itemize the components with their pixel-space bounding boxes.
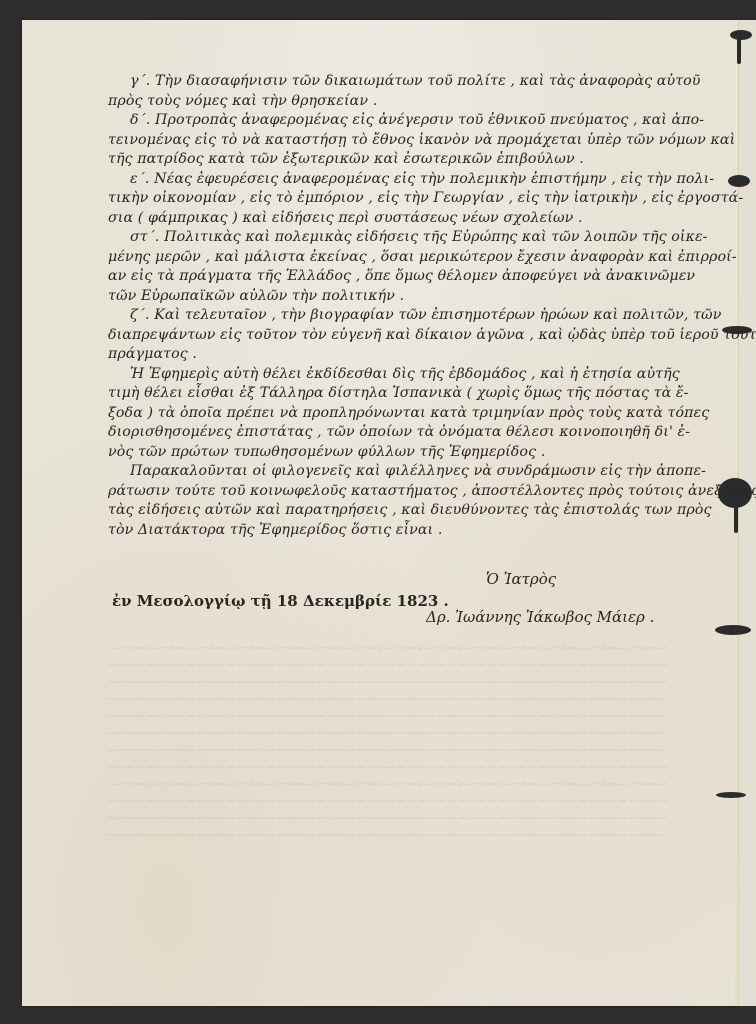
ink-stain [728, 175, 750, 187]
text-line: τεινομένας εἰς τὸ νὰ καταστήσῃ τὸ ἔθνος … [108, 131, 664, 151]
text-line: δ΄. Προτροπὰς ἀναφερομένας εἰς ἀνέγερσιν… [108, 111, 664, 131]
text-line: αν εἰς τὰ πράγματα τῆς Ἑλλάδος , ὅπε ὅμω… [108, 267, 664, 287]
text-line: ξοδα ) τὰ ὁποῖα πρέπει νὰ προπληρόνωνται… [108, 404, 664, 424]
ink-stain [715, 625, 751, 635]
text-line: μένης μερῶν , καὶ μάλιστα ἐκείνας , ὅσαι… [108, 248, 664, 268]
text-line: τικὴν οἰκονομίαν , εἰς τὸ ἐμπόριον , εἰς… [108, 189, 664, 209]
text-line: πράγματος . [108, 345, 664, 365]
date-line: ἐν Μεσολογγίῳ τῇ 18 Δεκεμβρίε 1823 . [112, 592, 449, 610]
text-line: ε΄. Νέας ἐφευρέσεις ἀναφερομένας εἰς τὴν… [108, 170, 664, 190]
signature-role: Ὁ Ἰατρὸς [486, 570, 556, 588]
text-line: στ΄. Πολιτικὰς καὶ πολεμικὰς εἰδήσεις τῆ… [108, 228, 664, 248]
text-line: σια ( φάμπρικας ) καὶ εἰδήσεις περὶ συστ… [108, 209, 664, 229]
bleed-through-texture: ~~~~~~~~~~~~~~~~~~~~~~~~~~~~~~~~~~~~~~~~… [108, 640, 668, 844]
text-line: πρὸς τοὺς νόμες καὶ τὴν θρησκείαν . [108, 92, 664, 112]
ink-stain [730, 30, 752, 40]
ink-stain [716, 792, 746, 798]
text-line: τὰς εἰδήσεις αὐτῶν καὶ παρατηρήσεις , κα… [108, 501, 664, 521]
text-line: ράτωσιν τούτε τοῦ κοινωφελοῦς καταστήματ… [108, 482, 664, 502]
text-line: ζ΄. Καὶ τελευταῖον , τὴν βιογραφίαν τῶν … [108, 306, 664, 326]
document-body: γ΄. Τὴν διασαφήνισιν τῶν δικαιωμάτων τοῦ… [108, 72, 664, 540]
text-line: τιμὴ θέλει εἶσθαι ἐξ Τάλληρα δίστηλα Ἱσπ… [108, 384, 664, 404]
signature-name: Δρ. Ἰωάννης Ἰάκωβος Μάιερ . [426, 608, 654, 626]
text-line: Παρακαλοῦνται οἱ φιλογενεῖς καὶ φιλέλλην… [108, 462, 664, 482]
text-line: Ἡ Ἐφημερὶς αὐτὴ θέλει ἐκδίδεσθαι δὶς τῆς… [108, 365, 664, 385]
text-line: διορισθησομένες ἐπιστάτας , τῶν ὁποίων τ… [108, 423, 664, 443]
text-line: νὸς τῶν πρώτων τυπωθησομένων φύλλων τῆς … [108, 443, 664, 463]
binding-spine [738, 20, 756, 1006]
ink-stain [734, 505, 738, 533]
ink-stain [737, 38, 741, 64]
text-line: τῆς πατρίδος κατὰ τῶν ἐξωτερικῶν καὶ ἐσω… [108, 150, 664, 170]
text-line: διαπρεψάντων εἰς τοῦτον τὸν εὐγενῆ καὶ δ… [108, 326, 664, 346]
text-line: τὸν Διατάκτορα τῆς Ἐφημερίδος ὅστις εἶνα… [108, 521, 664, 541]
text-line: τῶν Εὐρωπαϊκῶν αὐλῶν τὴν πολιτικήν . [108, 287, 664, 307]
text-line: γ΄. Τὴν διασαφήνισιν τῶν δικαιωμάτων τοῦ… [108, 72, 664, 92]
